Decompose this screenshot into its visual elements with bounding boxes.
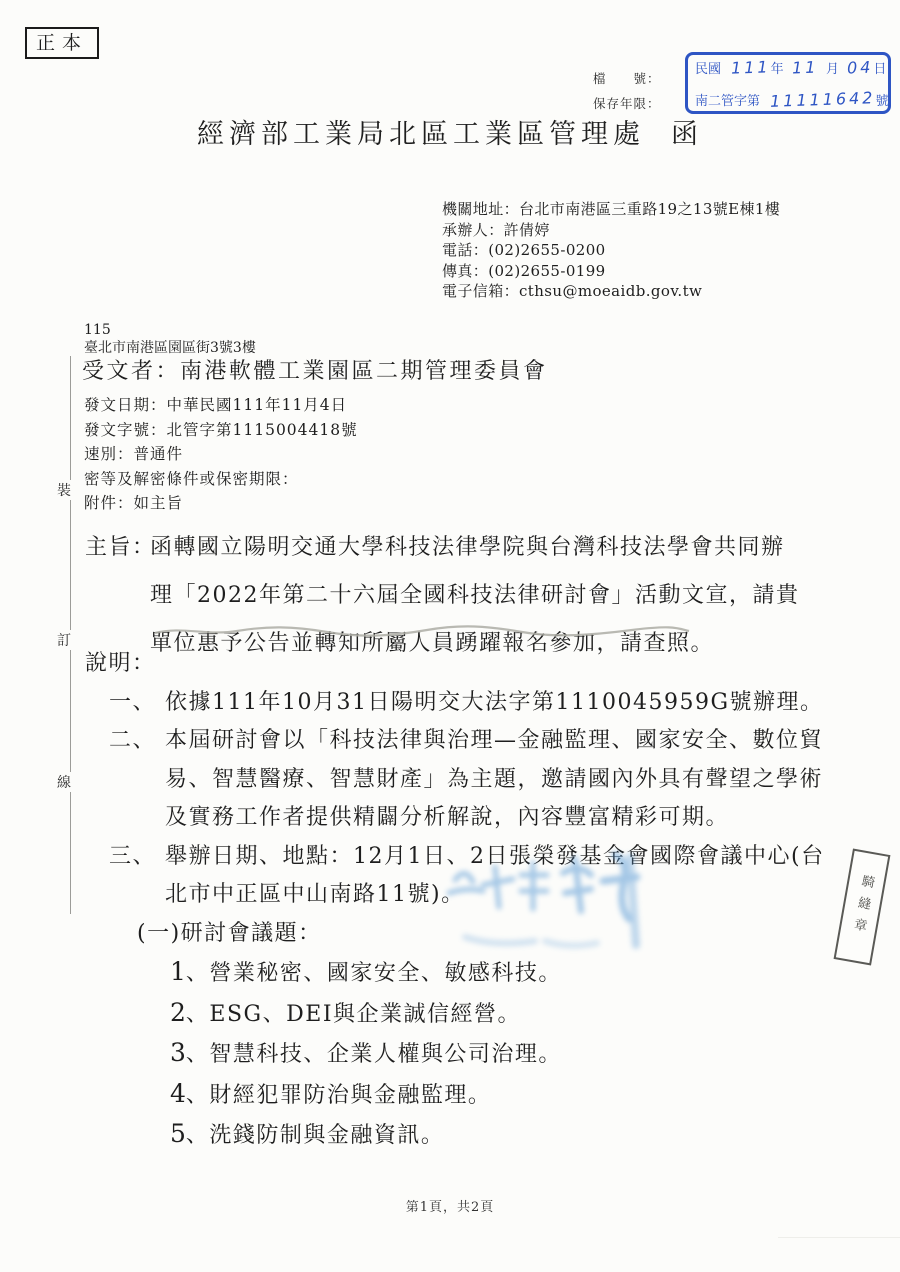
item-text: 本屆研討會以「科技法律與治理—金融監理、國家安全、數位貿易、智慧醫療、智慧財產」… <box>165 728 823 830</box>
item-number: 二、 <box>109 722 156 761</box>
document-metadata: 發文日期：中華民國111年11月4日 發文字號：北管字第1115004418號 … <box>84 393 358 516</box>
topic-text: ESG、DEI與企業誠信經營。 <box>209 1002 521 1027</box>
topic-separator: 、 <box>186 1123 210 1148</box>
explanation-item: 三、 舉辦日期、地點：12月1日、2日張榮發基金會國際會議中心(台北市中正區中山… <box>85 838 833 915</box>
receipt-date-stamp: 民國 111 年 11 月 04 日 南二管字第 11111642 號 <box>685 52 891 114</box>
sender-contact-block: 機關地址：台北市南港區三重路19之13號E棟1樓 承辦人：許倩婷 電話：(02)… <box>442 199 783 302</box>
stamp-month-value: 11 <box>791 58 818 78</box>
stamp-number-prefix: 南二管字第 <box>695 90 760 109</box>
sender-fax: 傳真：(02)2655-0199 <box>442 261 783 282</box>
stamp-day-label: 日 <box>873 58 886 77</box>
topic-number: 5 <box>170 1119 186 1148</box>
stamp-number-row: 南二管字第 11111642 號 <box>695 90 881 109</box>
page-number-footer: 第1頁，共2頁 <box>0 1196 900 1215</box>
topics-sub-heading: (一)研討會議題： <box>85 915 833 954</box>
stamp-year-value: 111 <box>731 57 771 77</box>
topic-number: 1 <box>170 957 186 986</box>
topic-item: 5、洗錢防制與金融資訊。 <box>85 1115 833 1156</box>
topic-text: 洗錢防制與金融資訊。 <box>209 1123 444 1148</box>
stamp-number-value: 11111642 <box>770 88 876 111</box>
stamp-day-value: 04 <box>847 58 874 78</box>
binding-mark-ding: 訂 <box>55 630 73 650</box>
topic-item: 4、財經犯罪防治與金融監理。 <box>85 1075 833 1116</box>
file-number-labels: 檔 號： 保存年限： <box>593 66 661 116</box>
sender-contact-person: 承辦人：許倩婷 <box>442 220 783 241</box>
seam-stamp: 騎縫章 <box>834 849 891 966</box>
sender-phone: 電話：(02)2655-0200 <box>442 240 783 261</box>
copy-type-label: 正本 <box>25 27 99 59</box>
item-text: 舉辦日期、地點：12月1日、2日張榮發基金會國際會議中心(台北市中正區中山南路1… <box>165 844 825 908</box>
topic-separator: 、 <box>186 1002 210 1027</box>
file-no-label: 檔 號： <box>593 66 661 91</box>
issuing-agency-name: 經濟部工業局北區工業區管理處 <box>197 119 645 150</box>
stamp-era: 民國 <box>695 58 721 77</box>
topic-item: 2、ESG、DEI與企業誠信經營。 <box>85 994 833 1035</box>
stamp-month-label: 月 <box>826 58 839 77</box>
document-type: 函 <box>671 119 703 150</box>
topic-separator: 、 <box>186 1083 210 1108</box>
topic-number: 4 <box>170 1079 186 1108</box>
topic-item: 3、智慧科技、企業人權與公司治理。 <box>85 1034 833 1075</box>
explanation-section: 說明： 一、 依據111年10月31日陽明交大法字第1110045959G號辦理… <box>85 645 833 1156</box>
scanned-official-letter: 正本 檔 號： 保存年限： 民國 111 年 11 月 04 日 南二管字第 1… <box>0 0 900 1272</box>
topic-text: 智慧科技、企業人權與公司治理。 <box>209 1042 562 1067</box>
binding-mark-xian: 線 <box>55 772 73 792</box>
explanation-item: 二、 本屆研討會以「科技法律與治理—金融監理、國家安全、數位貿易、智慧醫療、智慧… <box>85 722 833 838</box>
topic-number: 3 <box>170 1038 186 1067</box>
scan-artifact-line <box>778 1237 900 1238</box>
topic-text: 營業秘密、國家安全、敏感科技。 <box>209 961 562 986</box>
priority-line: 速別：普通件 <box>84 442 358 467</box>
explanation-item: 一、 依據111年10月31日陽明交大法字第1110045959G號辦理。 <box>85 684 833 723</box>
document-title: 經濟部工業局北區工業區管理處函 <box>0 112 900 151</box>
stamp-date-row: 民國 111 年 11 月 04 日 <box>695 58 881 77</box>
binding-mark-zhuang: 裝 <box>55 480 73 500</box>
sender-address: 機關地址：台北市南港區三重路19之13號E棟1樓 <box>442 199 783 220</box>
classification-line: 密等及解密條件或保密期限： <box>84 467 358 492</box>
copy-type-text: 正本 <box>36 32 88 54</box>
issue-number-line: 發文字號：北管字第1115004418號 <box>84 418 358 443</box>
seam-stamp-text: 騎縫章 <box>847 873 877 941</box>
item-number: 三、 <box>109 838 156 877</box>
sender-email: 電子信箱：cthsu@moeaidb.gov.tw <box>442 281 783 302</box>
topic-number: 2 <box>170 998 186 1027</box>
attachment-line: 附件：如主旨 <box>84 491 358 516</box>
recipient-name-line: 受文者：南港軟體工業園區二期管理委員會 <box>82 354 548 385</box>
subject-label: 主旨： <box>85 524 156 572</box>
topic-separator: 、 <box>186 1042 210 1067</box>
recipient-postal-code: 115 <box>84 322 256 340</box>
topic-item: 1、營業秘密、國家安全、敏感科技。 <box>85 953 833 994</box>
stamp-year-label: 年 <box>771 58 784 77</box>
topic-separator: 、 <box>186 961 210 986</box>
stamp-number-suffix: 號 <box>875 90 888 109</box>
topic-text: 財經犯罪防治與金融監理。 <box>209 1083 491 1108</box>
item-text: 依據111年10月31日陽明交大法字第1110045959G號辦理。 <box>165 690 824 715</box>
issue-date-line: 發文日期：中華民國111年11月4日 <box>84 393 358 418</box>
item-number: 一、 <box>109 684 156 723</box>
explanation-label: 說明： <box>85 645 833 684</box>
recipient-address-block: 115 臺北市南港區園區街3號3樓 <box>84 322 256 357</box>
